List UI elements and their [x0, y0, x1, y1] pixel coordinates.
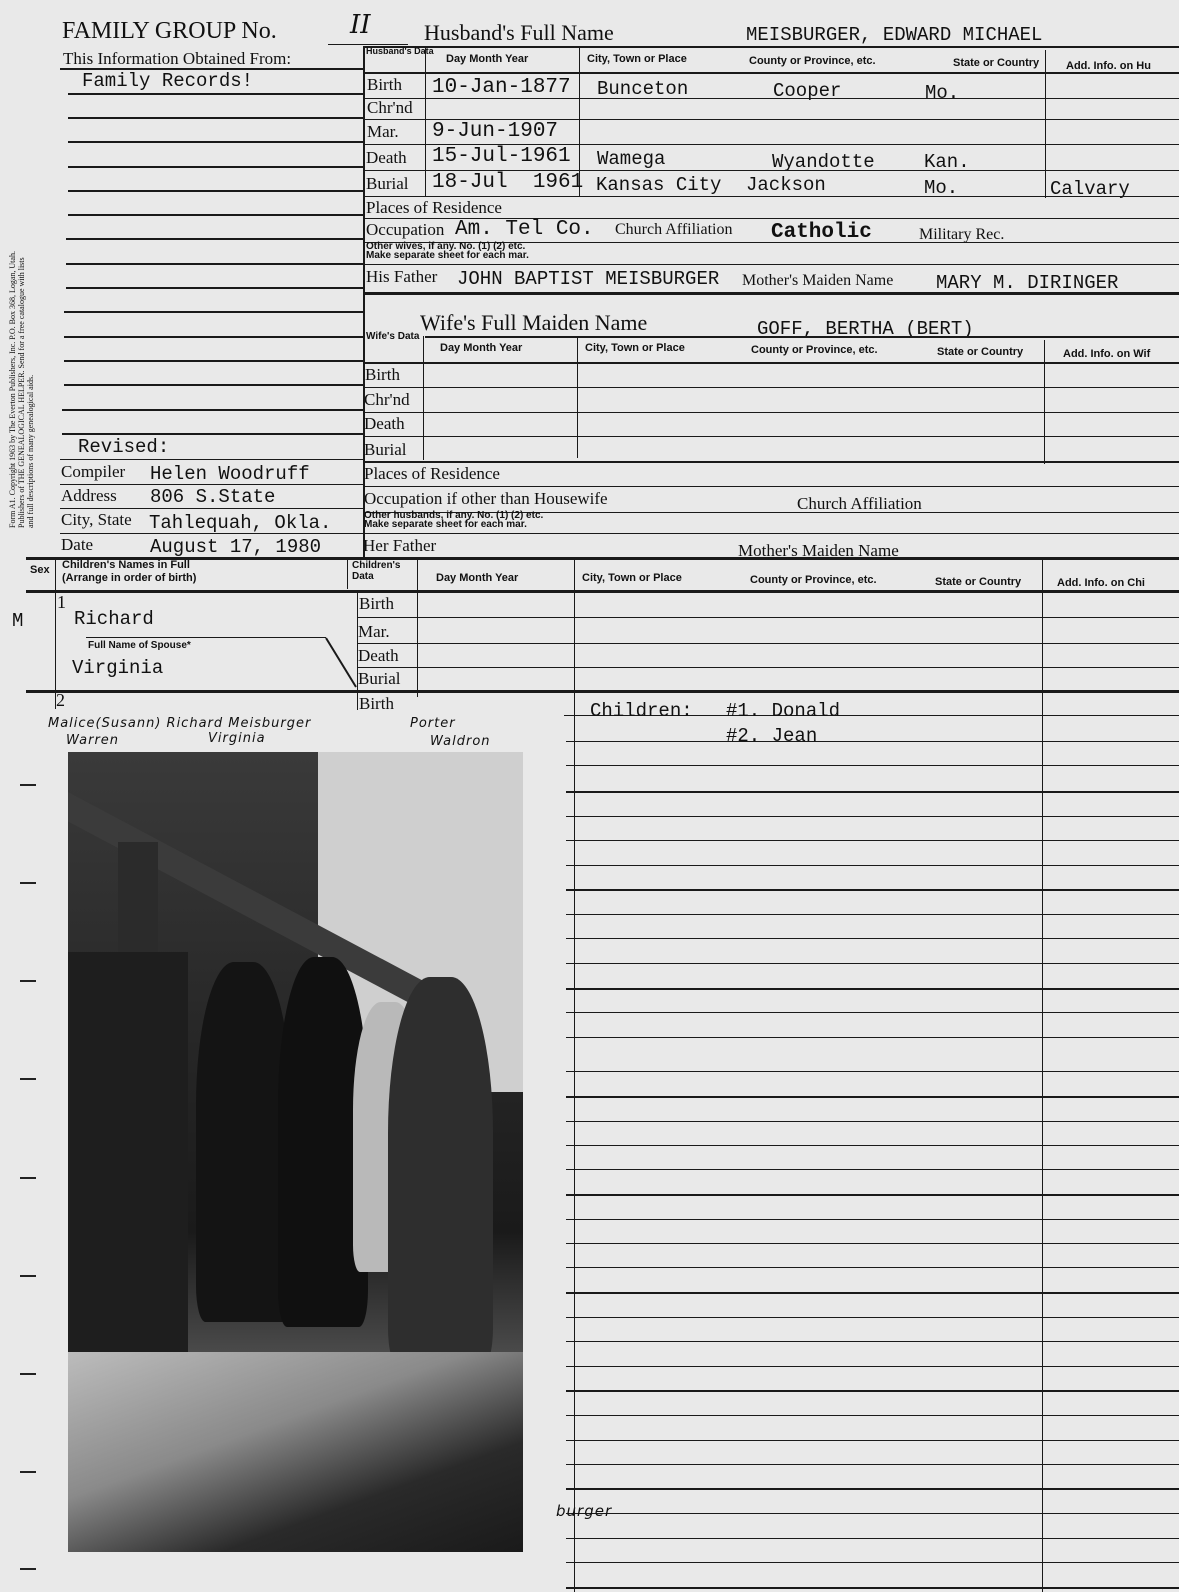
rule	[566, 889, 1179, 891]
col-add-info-husband: Add. Info. on Hu	[1066, 60, 1151, 72]
family-group-label: FAMILY GROUP No.	[62, 18, 277, 45]
rule	[566, 1012, 1179, 1013]
husband-mother-label: Mother's Maiden Name	[742, 272, 893, 290]
rule	[64, 384, 365, 386]
spouse-line	[86, 637, 326, 638]
child-2-number: 2	[56, 690, 65, 711]
rule	[566, 963, 1179, 964]
rule	[363, 486, 1179, 487]
wife-col-day-month-year: Day Month Year	[440, 342, 522, 354]
rule	[363, 461, 1179, 463]
col-divider	[425, 46, 426, 196]
col-divider	[417, 557, 418, 697]
col-day-month-year: Day Month Year	[446, 53, 528, 65]
husband-father[interactable]: JOHN BAPTIST MEISBURGER	[457, 268, 719, 290]
rule	[566, 816, 1179, 817]
rule	[363, 436, 1179, 437]
col-county: County or Province, etc.	[749, 55, 876, 67]
rule	[66, 287, 365, 289]
children-table-top	[26, 557, 1179, 560]
col-state: State or Country	[953, 57, 1039, 69]
rule	[64, 360, 365, 362]
rule	[566, 1096, 1179, 1098]
rule	[363, 362, 1179, 364]
wife-birth-label: Birth	[365, 365, 400, 385]
rule	[566, 1390, 1179, 1392]
rule	[68, 190, 365, 192]
children-col-day-month-year: Day Month Year	[436, 572, 518, 584]
notes-child-1[interactable]: #1. Donald	[726, 700, 840, 722]
children-names-header-2: (Arrange in order of birth)	[62, 572, 196, 584]
address-label: Address	[61, 486, 117, 506]
margin-tick	[20, 882, 36, 884]
rule	[68, 93, 365, 95]
children-names-header-1: Children's Names in Full	[62, 559, 190, 571]
rule	[566, 914, 1179, 915]
rule	[566, 765, 1179, 766]
family-photograph	[68, 752, 523, 1552]
husband-death-label: Death	[366, 148, 407, 168]
rule	[363, 292, 1179, 295]
photo-caption-line2-right: Waldron	[430, 734, 491, 749]
date-value[interactable]: August 17, 1980	[150, 536, 321, 558]
rule	[566, 1267, 1179, 1268]
rule	[566, 741, 1179, 742]
rule	[566, 1488, 1179, 1490]
rule	[566, 865, 1179, 866]
wife-col-city: City, Town or Place	[585, 342, 685, 354]
rule	[357, 667, 1179, 668]
rule	[566, 1071, 1179, 1072]
rule	[66, 263, 365, 265]
rule	[566, 1145, 1179, 1146]
wife-chrnd-label: Chr'nd	[364, 390, 410, 410]
rule	[363, 264, 1179, 265]
col-city: City, Town or Place	[587, 53, 687, 65]
rule	[363, 196, 1179, 197]
rule	[68, 214, 365, 216]
wife-col-county: County or Province, etc.	[751, 344, 878, 356]
children-col-sex: Sex	[30, 564, 50, 576]
wife-burial-label: Burial	[364, 440, 407, 460]
col-divider	[423, 336, 424, 460]
rule	[363, 72, 1179, 74]
photo-person-1	[196, 962, 291, 1322]
rule	[566, 1037, 1179, 1038]
address-value[interactable]: 806 S.State	[150, 486, 275, 508]
husband-full-name[interactable]: MEISBURGER, EDWARD MICHAEL	[746, 24, 1042, 46]
rule	[566, 1464, 1179, 1465]
rule	[566, 791, 1179, 793]
husband-burial-county[interactable]: Jackson	[746, 174, 826, 196]
rule	[566, 1587, 1179, 1589]
husband-burial-date[interactable]: 18-Jul 1961	[432, 171, 583, 194]
notes-child-2[interactable]: #2. Jean	[726, 725, 817, 747]
husband-chrnd-label: Chr'nd	[367, 98, 413, 118]
husband-occupation[interactable]: Am. Tel Co.	[455, 218, 594, 241]
children-col-city: City, Town or Place	[582, 572, 682, 584]
husband-birth-label: Birth	[367, 75, 402, 95]
child-1-number: 1	[57, 592, 66, 613]
child-1-sex[interactable]: M	[12, 610, 23, 632]
col-divider	[1045, 50, 1046, 198]
rule	[566, 1243, 1179, 1244]
revised-label: Revised:	[78, 436, 169, 458]
rule	[64, 336, 365, 338]
photo-person-4	[388, 977, 493, 1367]
rule	[26, 590, 1179, 593]
photo-caption-line2-left: Warren	[66, 733, 119, 748]
rule	[26, 690, 1179, 693]
child-1-burial-label: Burial	[358, 669, 401, 689]
child-1-birth-label: Birth	[359, 594, 394, 614]
rule	[66, 238, 365, 240]
husband-birth-city[interactable]: Bunceton	[597, 78, 688, 100]
rule	[566, 1366, 1179, 1367]
wife-residence-label: Places of Residence	[364, 464, 500, 484]
margin-tick	[20, 1373, 36, 1375]
child-1-death-label: Death	[358, 646, 399, 666]
wife-data-header: Wife's Data	[366, 332, 419, 342]
wife-occupation-label: Occupation if other than Housewife	[364, 489, 608, 509]
rule	[566, 1194, 1179, 1196]
col-divider	[577, 336, 578, 458]
margin-tick	[20, 1568, 36, 1570]
margin-tick	[20, 980, 36, 982]
husband-table-top	[363, 46, 1179, 48]
rule	[60, 484, 365, 485]
other-wives-line2: Make separate sheet for each mar.	[366, 251, 529, 261]
rule	[60, 68, 365, 70]
col-divider	[1044, 340, 1045, 464]
margin-tick	[20, 784, 36, 786]
city-state-label: City, State	[61, 510, 132, 530]
rule	[566, 1341, 1179, 1342]
margin-tick	[20, 1177, 36, 1179]
info-obtained-label: This Information Obtained From:	[63, 49, 291, 69]
spouse-bracket-line	[325, 637, 360, 689]
husband-birth-state[interactable]: Mo.	[925, 82, 959, 104]
husband-church-label: Church Affiliation	[615, 221, 732, 239]
rule	[62, 409, 365, 411]
husband-mar-date[interactable]: 9-Jun-1907	[432, 120, 558, 143]
photo-shrubs	[68, 952, 188, 1392]
date-label: Date	[61, 535, 93, 555]
child-1-mar-label: Mar.	[358, 622, 390, 642]
col-divider	[574, 557, 575, 1592]
rule	[566, 1415, 1179, 1416]
col-divider	[347, 557, 348, 589]
child-1-name[interactable]: Richard	[74, 608, 154, 630]
photo-caption-bottom-fragment: burger	[556, 1502, 612, 1520]
compiler-label: Compiler	[61, 462, 125, 482]
rule	[566, 1440, 1179, 1441]
city-state-value[interactable]: Tahlequah, Okla.	[149, 512, 331, 534]
rule	[62, 433, 365, 435]
rule	[68, 117, 365, 119]
children-col-state: State or Country	[935, 576, 1021, 588]
rule	[60, 459, 365, 460]
child-2-birth-label: Birth	[359, 694, 394, 714]
husband-full-name-label: Husband's Full Name	[424, 20, 614, 46]
rule	[68, 141, 365, 143]
copyright-notice: Form A1. Copyright 1963 by The Everton P…	[8, 248, 35, 528]
rule	[566, 988, 1179, 990]
margin-tick	[20, 1275, 36, 1277]
photo-caption-line2-mid: Virginia	[208, 731, 266, 746]
husband-data-header: Husband's Data	[366, 47, 434, 56]
husband-death-city[interactable]: Wamega	[597, 148, 665, 170]
other-husbands-line2: Make separate sheet for each mar.	[364, 520, 527, 530]
wife-table-top	[425, 336, 1179, 338]
wife-full-name-label: Wife's Full Maiden Name	[420, 310, 647, 336]
rule	[566, 1538, 1179, 1539]
wife-church-label: Church Affiliation	[797, 494, 922, 514]
husband-father-label: His Father	[366, 267, 437, 287]
husband-church[interactable]: Catholic	[771, 221, 872, 244]
rule	[60, 508, 365, 509]
col-divider	[55, 557, 56, 709]
wife-col-add-info: Add. Info. on Wif	[1063, 348, 1150, 360]
husband-occupation-label: Occupation	[366, 220, 444, 240]
photo-sidewalk	[68, 1352, 523, 1552]
husband-burial-city[interactable]: Kansas City	[596, 174, 721, 196]
margin-tick	[20, 1471, 36, 1473]
rule	[566, 1292, 1179, 1294]
wife-death-label: Death	[364, 414, 405, 434]
wife-col-state: State or Country	[937, 346, 1023, 358]
photo-caption-line1-right: Porter	[410, 716, 456, 731]
rule	[566, 1317, 1179, 1318]
husband-mother[interactable]: MARY M. DIRINGER	[936, 272, 1118, 294]
rule	[64, 311, 365, 313]
rule	[60, 533, 365, 534]
children-col-add-info: Add. Info. on Chi	[1057, 577, 1145, 589]
child-1-spouse[interactable]: Virginia	[72, 657, 163, 679]
rule	[566, 1562, 1179, 1563]
spouse-label: Full Name of Spouse*	[88, 640, 191, 651]
husband-burial-label: Burial	[366, 174, 409, 194]
margin-tick	[20, 1078, 36, 1080]
rule	[566, 1121, 1179, 1122]
husband-residence-label: Places of Residence	[366, 198, 502, 218]
rule	[363, 387, 1179, 388]
notes-children-label: Children:	[590, 700, 693, 722]
children-col-county: County or Province, etc.	[750, 574, 877, 586]
rule	[68, 166, 365, 168]
rule	[357, 643, 1179, 644]
rule	[566, 1513, 1179, 1514]
rule	[566, 1219, 1179, 1220]
info-obtained-value[interactable]: Family Records!	[82, 70, 253, 92]
rule	[363, 533, 1179, 534]
rule	[357, 617, 1179, 618]
rule	[566, 938, 1179, 939]
compiler-value[interactable]: Helen Woodruff	[150, 463, 310, 485]
husband-mar-label: Mar.	[367, 122, 399, 142]
rule	[566, 1169, 1179, 1170]
husband-birth-date[interactable]: 10-Jan-1877	[432, 76, 571, 99]
children-data-header: Children's Data	[352, 560, 416, 582]
family-group-number-underline	[328, 44, 408, 45]
wife-father-label: Her Father	[363, 536, 436, 556]
husband-death-date[interactable]: 15-Jul-1961	[432, 145, 571, 168]
rule	[363, 412, 1179, 413]
rule	[566, 840, 1179, 841]
photo-caption-line1-left: Malice(Susann) Richard Meisburger	[48, 716, 311, 731]
rule	[363, 98, 1179, 99]
family-group-number[interactable]: II	[350, 10, 371, 40]
